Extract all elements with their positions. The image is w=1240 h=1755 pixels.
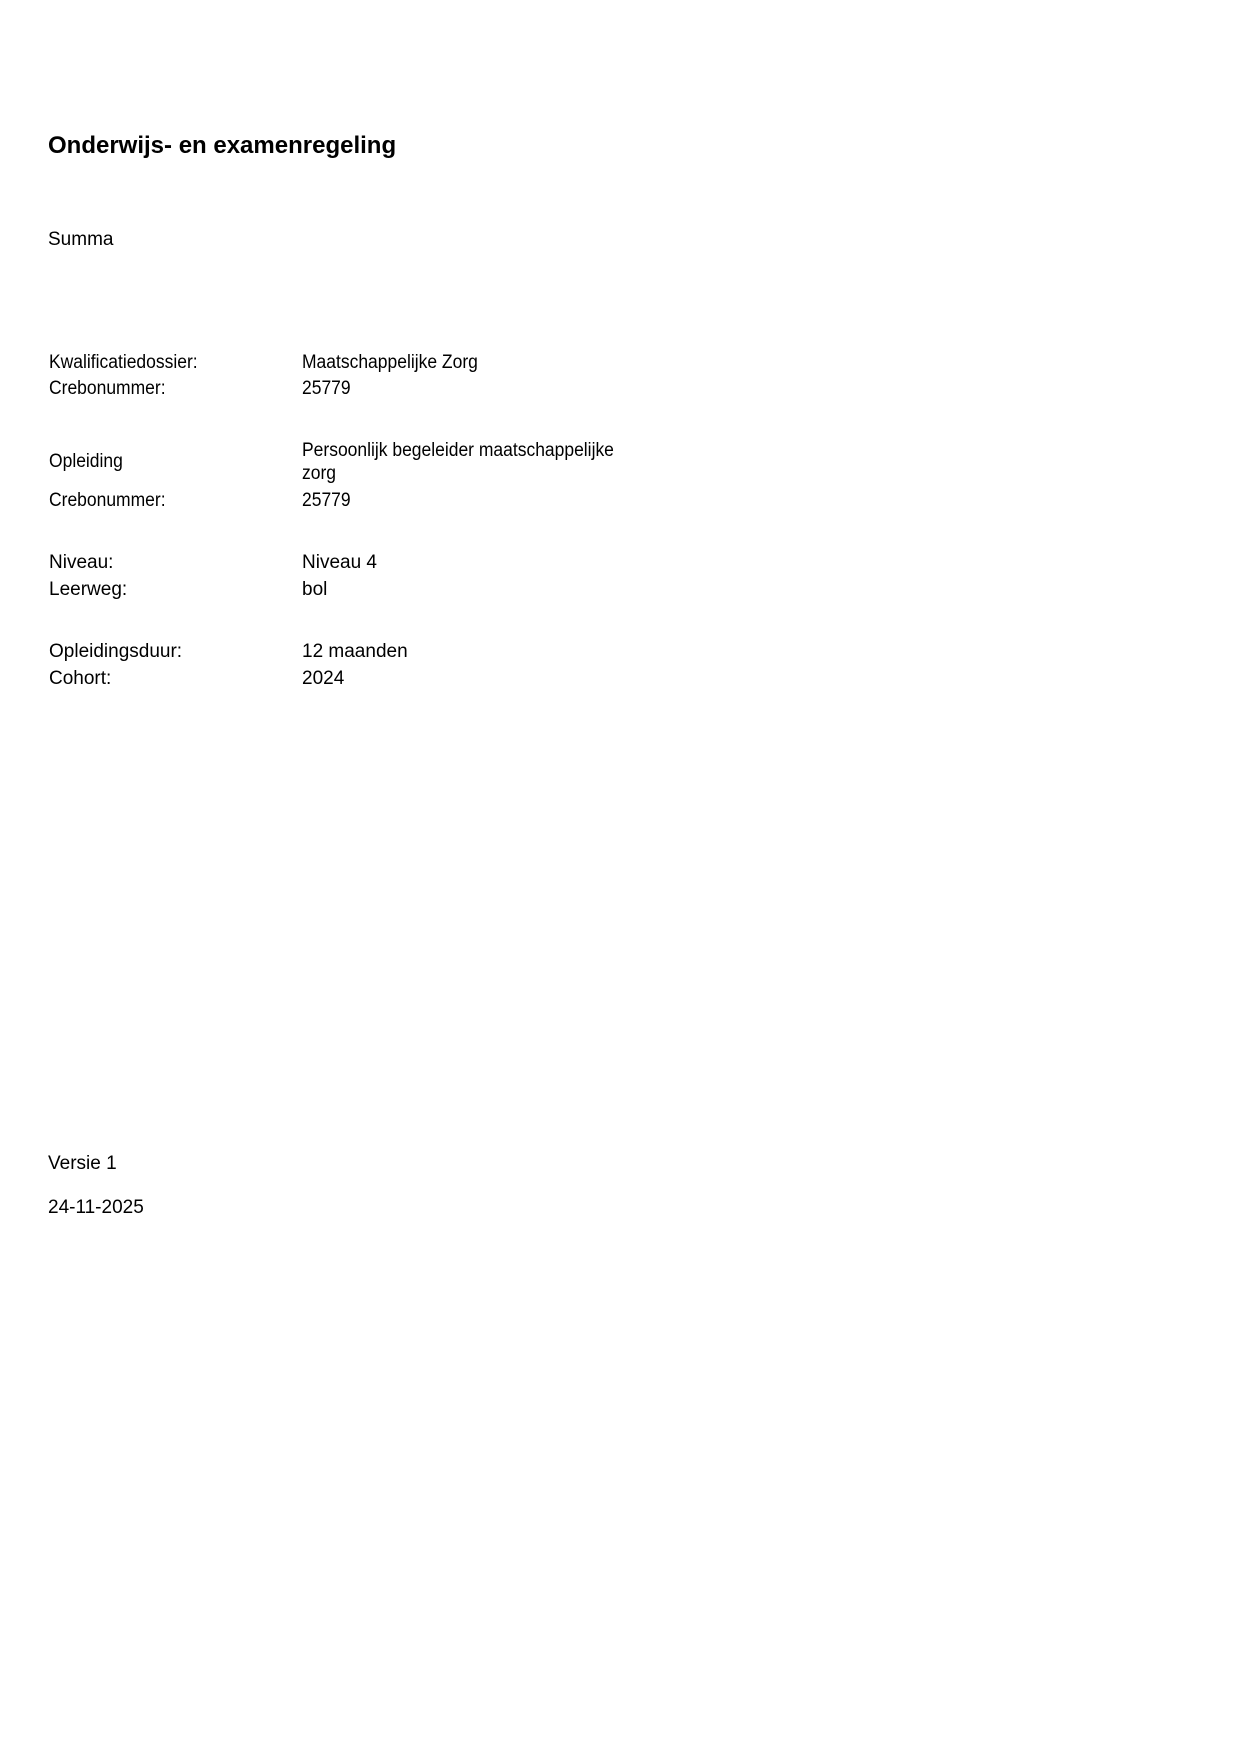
value-kwalificatiedossier: Maatschappelijke Zorg — [302, 351, 478, 375]
organization-name: Summa — [48, 228, 113, 252]
value-opleidingsduur: 12 maanden — [302, 640, 408, 664]
document-title: Onderwijs- en examenregeling — [48, 131, 396, 161]
document-date: 24-11-2025 — [48, 1196, 144, 1220]
value-crebonummer-dossier: 25779 — [302, 377, 351, 401]
document-version: Versie 1 — [48, 1152, 117, 1176]
label-cohort: Cohort: — [49, 667, 111, 691]
label-opleidingsduur: Opleidingsduur: — [49, 640, 182, 664]
value-opleiding-line1: Persoonlijk begeleider maatschappelijke — [302, 439, 614, 463]
value-crebonummer-opleiding: 25779 — [302, 489, 351, 513]
label-crebonummer-opleiding: Crebonummer: — [49, 489, 166, 513]
label-leerweg: Leerweg: — [49, 578, 127, 602]
value-opleiding-line2: zorg — [302, 462, 336, 486]
label-opleiding: Opleiding — [49, 450, 123, 474]
value-niveau: Niveau 4 — [302, 551, 377, 575]
label-kwalificatiedossier: Kwalificatiedossier: — [49, 351, 198, 375]
label-crebonummer-dossier: Crebonummer: — [49, 377, 166, 401]
label-niveau: Niveau: — [49, 551, 113, 575]
value-cohort: 2024 — [302, 667, 344, 691]
value-leerweg: bol — [302, 578, 327, 602]
